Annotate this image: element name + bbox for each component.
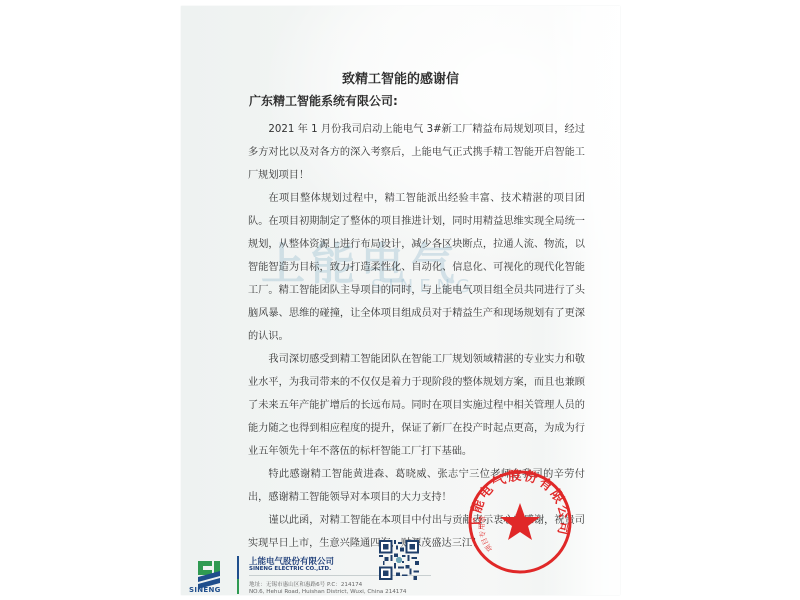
company-name-en: SINENG ELECTRIC CO.,LTD. bbox=[249, 566, 331, 572]
letter-document: 上能电气 SINENG 致精工智能的感谢信 广东精工智能系统有限公司: 2021… bbox=[181, 6, 620, 595]
letter-title: 致精工智能的感谢信 bbox=[181, 68, 620, 87]
logo-text: SINENG bbox=[189, 586, 221, 594]
letter-salutation: 广东精工智能系统有限公司: bbox=[249, 92, 398, 109]
address-en: NO.6, Hehui Road, Huishan District, Wuxi… bbox=[249, 589, 407, 595]
paragraph-1: 2021 年 1 月份我司启动上能电气 3#新工厂精益布局规划项目，经过多方对比… bbox=[248, 118, 585, 187]
paragraph-2: 在项目整体规划过程中，精工智能派出经验丰富、技术精湛的项目团队。在项目初期制定了… bbox=[248, 187, 585, 348]
qr-code-icon bbox=[379, 540, 419, 580]
footer-divider bbox=[237, 556, 239, 594]
address-cn: 地址：无锡市惠山区和惠路6号 P.C：214174 bbox=[249, 580, 362, 588]
paragraph-3: 我司深切感受到精工智能团队在智能工厂规划领域精湛的专业实力和敬业水平，为我司带来… bbox=[248, 348, 585, 463]
star-icon bbox=[500, 503, 540, 540]
